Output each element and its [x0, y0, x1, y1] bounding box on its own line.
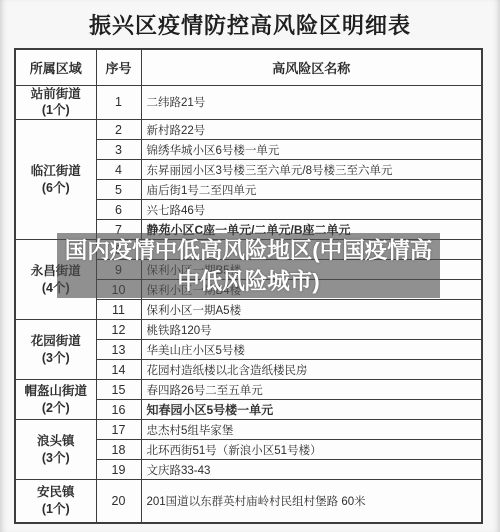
- region-name: 花园街道: [16, 333, 96, 350]
- region-count: (6个): [16, 180, 96, 197]
- risk-name-cell: 静苑小区C座一单元/二单元/B座二单元: [141, 220, 482, 240]
- document-page: 振兴区疫情防控高风险区明细表 所属区域 序号 高风险区名称 站前街道 (1个) …: [0, 0, 500, 532]
- risk-name-cell: 兴七路46号: [141, 200, 482, 220]
- risk-name-cell: 桃铁路120号: [141, 320, 482, 340]
- serial-cell: 9: [96, 260, 141, 280]
- table-row: 浪头镇 (3个) 17 忠杰村5组毕家堡: [15, 420, 482, 440]
- region-count: (1个): [16, 102, 96, 119]
- region-cell: 安民镇 (1个): [15, 480, 96, 523]
- region-name: 临江街道: [16, 163, 96, 180]
- page-title: 振兴区疫情防控高风险区明细表: [0, 9, 500, 40]
- region-cell: 站前街道 (1个): [15, 85, 96, 120]
- risk-name-cell: 201国道以东群英村庙岭村民组村堡路 60米: [141, 480, 482, 523]
- region-name: 永昌街道: [16, 263, 96, 280]
- serial-cell: 6: [96, 200, 141, 220]
- serial-cell: 16: [96, 400, 141, 420]
- region-name: 安民镇: [16, 484, 96, 501]
- region-name: 浪头镇: [16, 433, 96, 450]
- serial-cell: 3: [96, 140, 141, 160]
- risk-name-cell: 忠杰村5组毕家堡: [141, 420, 482, 440]
- serial-cell: 7: [96, 220, 141, 240]
- serial-cell: 18: [96, 440, 141, 460]
- risk-name-cell: 知春园小区5号楼一单元: [141, 400, 482, 420]
- region-name: 帽盔山街道: [16, 383, 96, 400]
- risk-name-cell: 保利小区一期A5楼: [141, 300, 482, 320]
- table-row: 花园街道 (3个) 12 桃铁路120号: [15, 320, 482, 340]
- region-cell: 花园街道 (3个): [15, 320, 96, 380]
- region-cell: 永昌街道 (4个): [15, 240, 96, 320]
- risk-name-cell: 花园村造纸楼以北含造纸楼民房: [141, 360, 482, 380]
- table-row: 永昌街道 (4个) 8: [15, 240, 482, 260]
- header-region: 所属区域: [15, 49, 96, 85]
- region-count: (2个): [16, 400, 96, 417]
- serial-cell: 5: [96, 180, 141, 200]
- risk-name-cell: [141, 240, 482, 260]
- serial-cell: 19: [96, 460, 141, 480]
- table-row: 站前街道 (1个) 1 二纬路21号: [15, 85, 482, 120]
- table-row: 临江街道 (6个) 2 新村路22号: [15, 120, 482, 140]
- region-name: 站前街道: [16, 86, 96, 103]
- region-cell: 浪头镇 (3个): [15, 420, 96, 480]
- region-count: (3个): [16, 450, 96, 467]
- serial-cell: 2: [96, 120, 141, 140]
- risk-name-cell: 华美山庄小区5号楼: [141, 340, 482, 360]
- serial-cell: 17: [96, 420, 141, 440]
- risk-name-cell: 锦绣华城小区6号楼一单元: [141, 140, 482, 160]
- region-count: (1个): [16, 501, 96, 518]
- table-header-row: 所属区域 序号 高风险区名称: [15, 49, 482, 85]
- serial-cell: 14: [96, 360, 141, 380]
- risk-name-cell: 保利小区一期B4楼: [141, 280, 482, 300]
- serial-cell: 20: [96, 480, 141, 523]
- region-cell: 临江街道 (6个): [15, 120, 96, 240]
- risk-name-cell: 新村路22号: [141, 120, 482, 140]
- region-cell: 帽盔山街道 (2个): [15, 380, 96, 420]
- serial-cell: 12: [96, 320, 141, 340]
- risk-name-cell: 春四路26号二至五单元: [141, 380, 482, 400]
- table-row: 帽盔山街道 (2个) 15 春四路26号二至五单元: [15, 380, 482, 400]
- region-count: (3个): [16, 350, 96, 367]
- risk-area-table: 所属区域 序号 高风险区名称 站前街道 (1个) 1 二纬路21号 临江街道 (…: [14, 48, 483, 524]
- risk-name-cell: 二纬路21号: [141, 85, 482, 120]
- serial-cell: 10: [96, 280, 141, 300]
- table-row: 安民镇 (1个) 20 201国道以东群英村庙岭村民组村堡路 60米: [15, 480, 482, 523]
- serial-cell: 13: [96, 340, 141, 360]
- risk-name-cell: 庙后街1号二至四单元: [141, 180, 482, 200]
- risk-name-cell: 北环西街51号（新浪小区51号楼）: [141, 440, 482, 460]
- region-count: (4个): [16, 280, 96, 297]
- serial-cell: 11: [96, 300, 141, 320]
- serial-cell: 8: [96, 240, 141, 260]
- header-risk-name: 高风险区名称: [141, 49, 482, 85]
- risk-name-cell: 保利小区一期B5楼: [141, 260, 482, 280]
- serial-cell: 4: [96, 160, 141, 180]
- serial-cell: 15: [96, 380, 141, 400]
- header-serial: 序号: [96, 49, 141, 85]
- risk-name-cell: 东昇丽园小区3号楼三至六单元/8号楼三至六单元: [141, 160, 482, 180]
- risk-name-cell: 文庆路33-43: [141, 460, 482, 480]
- serial-cell: 1: [96, 85, 141, 120]
